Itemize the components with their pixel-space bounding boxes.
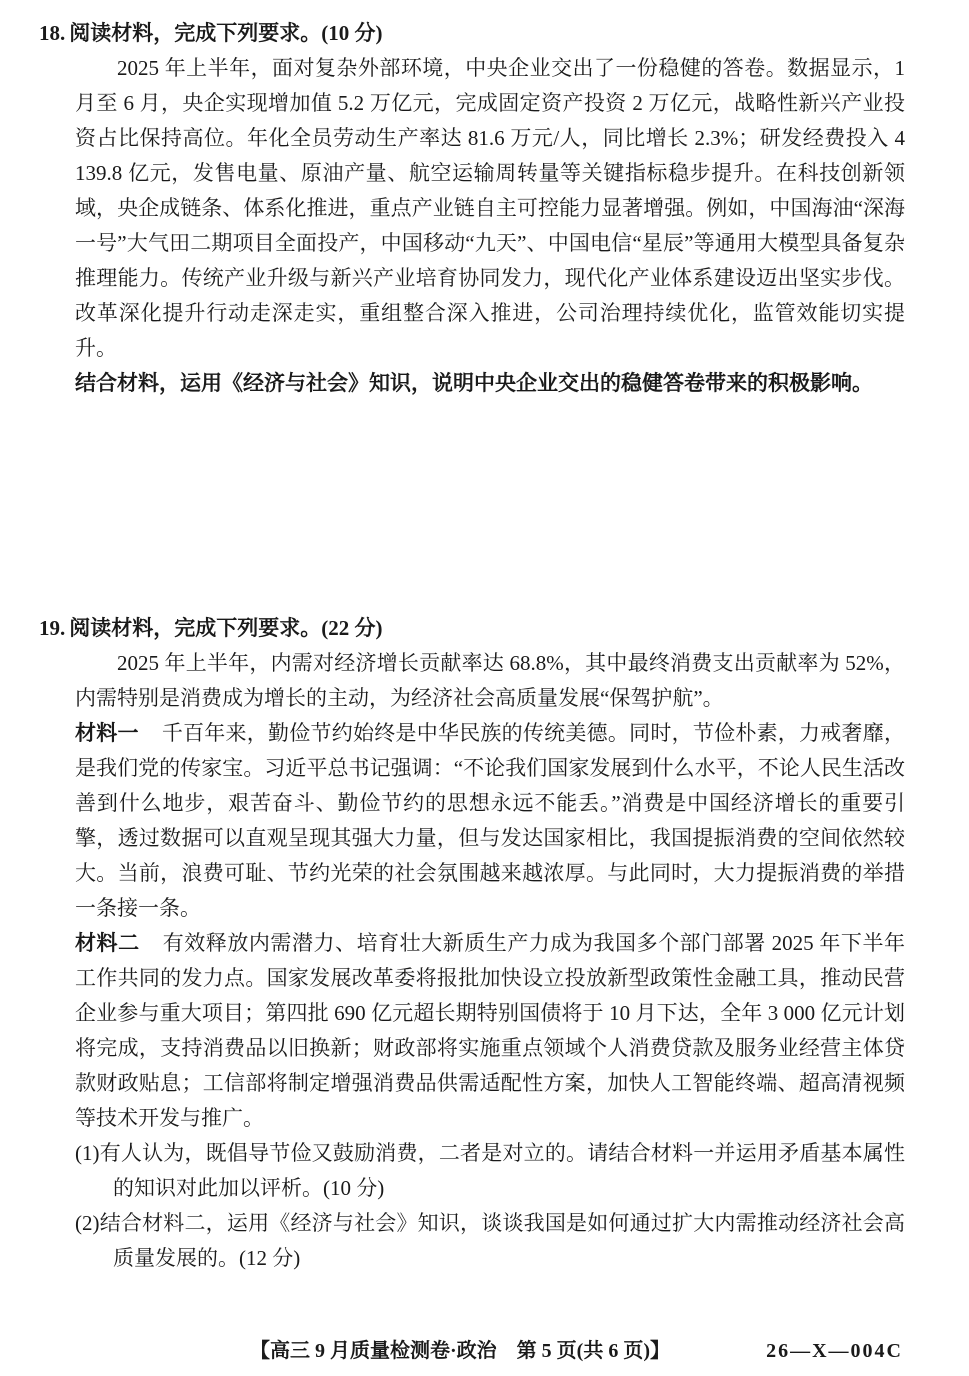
question-18-paragraph: 2025 年上半年，面对复杂外部环境，中央企业交出了一份稳健的答卷。数据显示，1…	[75, 51, 905, 366]
question-19-number: 19.	[39, 616, 65, 640]
material-1-text: 千百年来，勤俭节约始终是中华民族的传统美德。同时，节俭朴素，力戒奢靡，是我们党的…	[75, 721, 905, 920]
material-2-label: 材料二	[75, 931, 140, 955]
subquestion-2-marker: (2)	[75, 1211, 100, 1235]
question-18-heading: 18.阅读材料，完成下列要求。(10 分)	[39, 16, 905, 51]
question-18-heading-text: 阅读材料，完成下列要求。(10 分)	[69, 21, 382, 45]
footer-exam-title: 【高三 9 月质量检测卷·政治 第 5 页(共 6 页)】	[250, 1334, 670, 1368]
question-18-number: 18.	[39, 21, 65, 45]
footer-paper-code: 26—X—004C	[766, 1334, 903, 1368]
question-18-task: 结合材料，运用《经济与社会》知识，说明中央企业交出的稳健答卷带来的积极影响。	[75, 366, 905, 401]
material-1: 材料一千百年来，勤俭节约始终是中华民族的传统美德。同时，节俭朴素，力戒奢靡，是我…	[75, 716, 905, 926]
question-19-heading: 19.阅读材料，完成下列要求。(22 分)	[39, 611, 905, 646]
question-19: 19.阅读材料，完成下列要求。(22 分) 2025 年上半年，内需对经济增长贡…	[75, 611, 905, 1276]
exam-page: 18.阅读材料，完成下列要求。(10 分) 2025 年上半年，面对复杂外部环境…	[0, 0, 969, 1376]
question-19-intro: 2025 年上半年，内需对经济增长贡献率达 68.8%，其中最终消费支出贡献率为…	[75, 646, 905, 716]
page-footer: 【高三 9 月质量检测卷·政治 第 5 页(共 6 页)】 26—X—004C	[0, 1334, 969, 1368]
subquestion-2-text: 结合材料二，运用《经济与社会》知识，谈谈我国是如何通过扩大内需推动经济社会高质量…	[100, 1211, 906, 1270]
question-18: 18.阅读材料，完成下列要求。(10 分) 2025 年上半年，面对复杂外部环境…	[75, 16, 905, 401]
subquestion-1-marker: (1)	[75, 1141, 100, 1165]
material-1-label: 材料一	[75, 721, 139, 745]
subquestion-2: (2)结合材料二，运用《经济与社会》知识，谈谈我国是如何通过扩大内需推动经济社会…	[75, 1206, 905, 1276]
subquestion-1: (1)有人认为，既倡导节俭又鼓励消费，二者是对立的。请结合材料一并运用矛盾基本属…	[75, 1136, 905, 1206]
material-2: 材料二有效释放内需潜力、培育壮大新质生产力成为我国多个部门部署 2025 年下半…	[75, 926, 905, 1136]
material-2-text: 有效释放内需潜力、培育壮大新质生产力成为我国多个部门部署 2025 年下半年工作…	[75, 931, 905, 1130]
question-19-heading-text: 阅读材料，完成下列要求。(22 分)	[69, 616, 382, 640]
subquestion-1-text: 有人认为，既倡导节俭又鼓励消费，二者是对立的。请结合材料一并运用矛盾基本属性的知…	[100, 1141, 906, 1200]
